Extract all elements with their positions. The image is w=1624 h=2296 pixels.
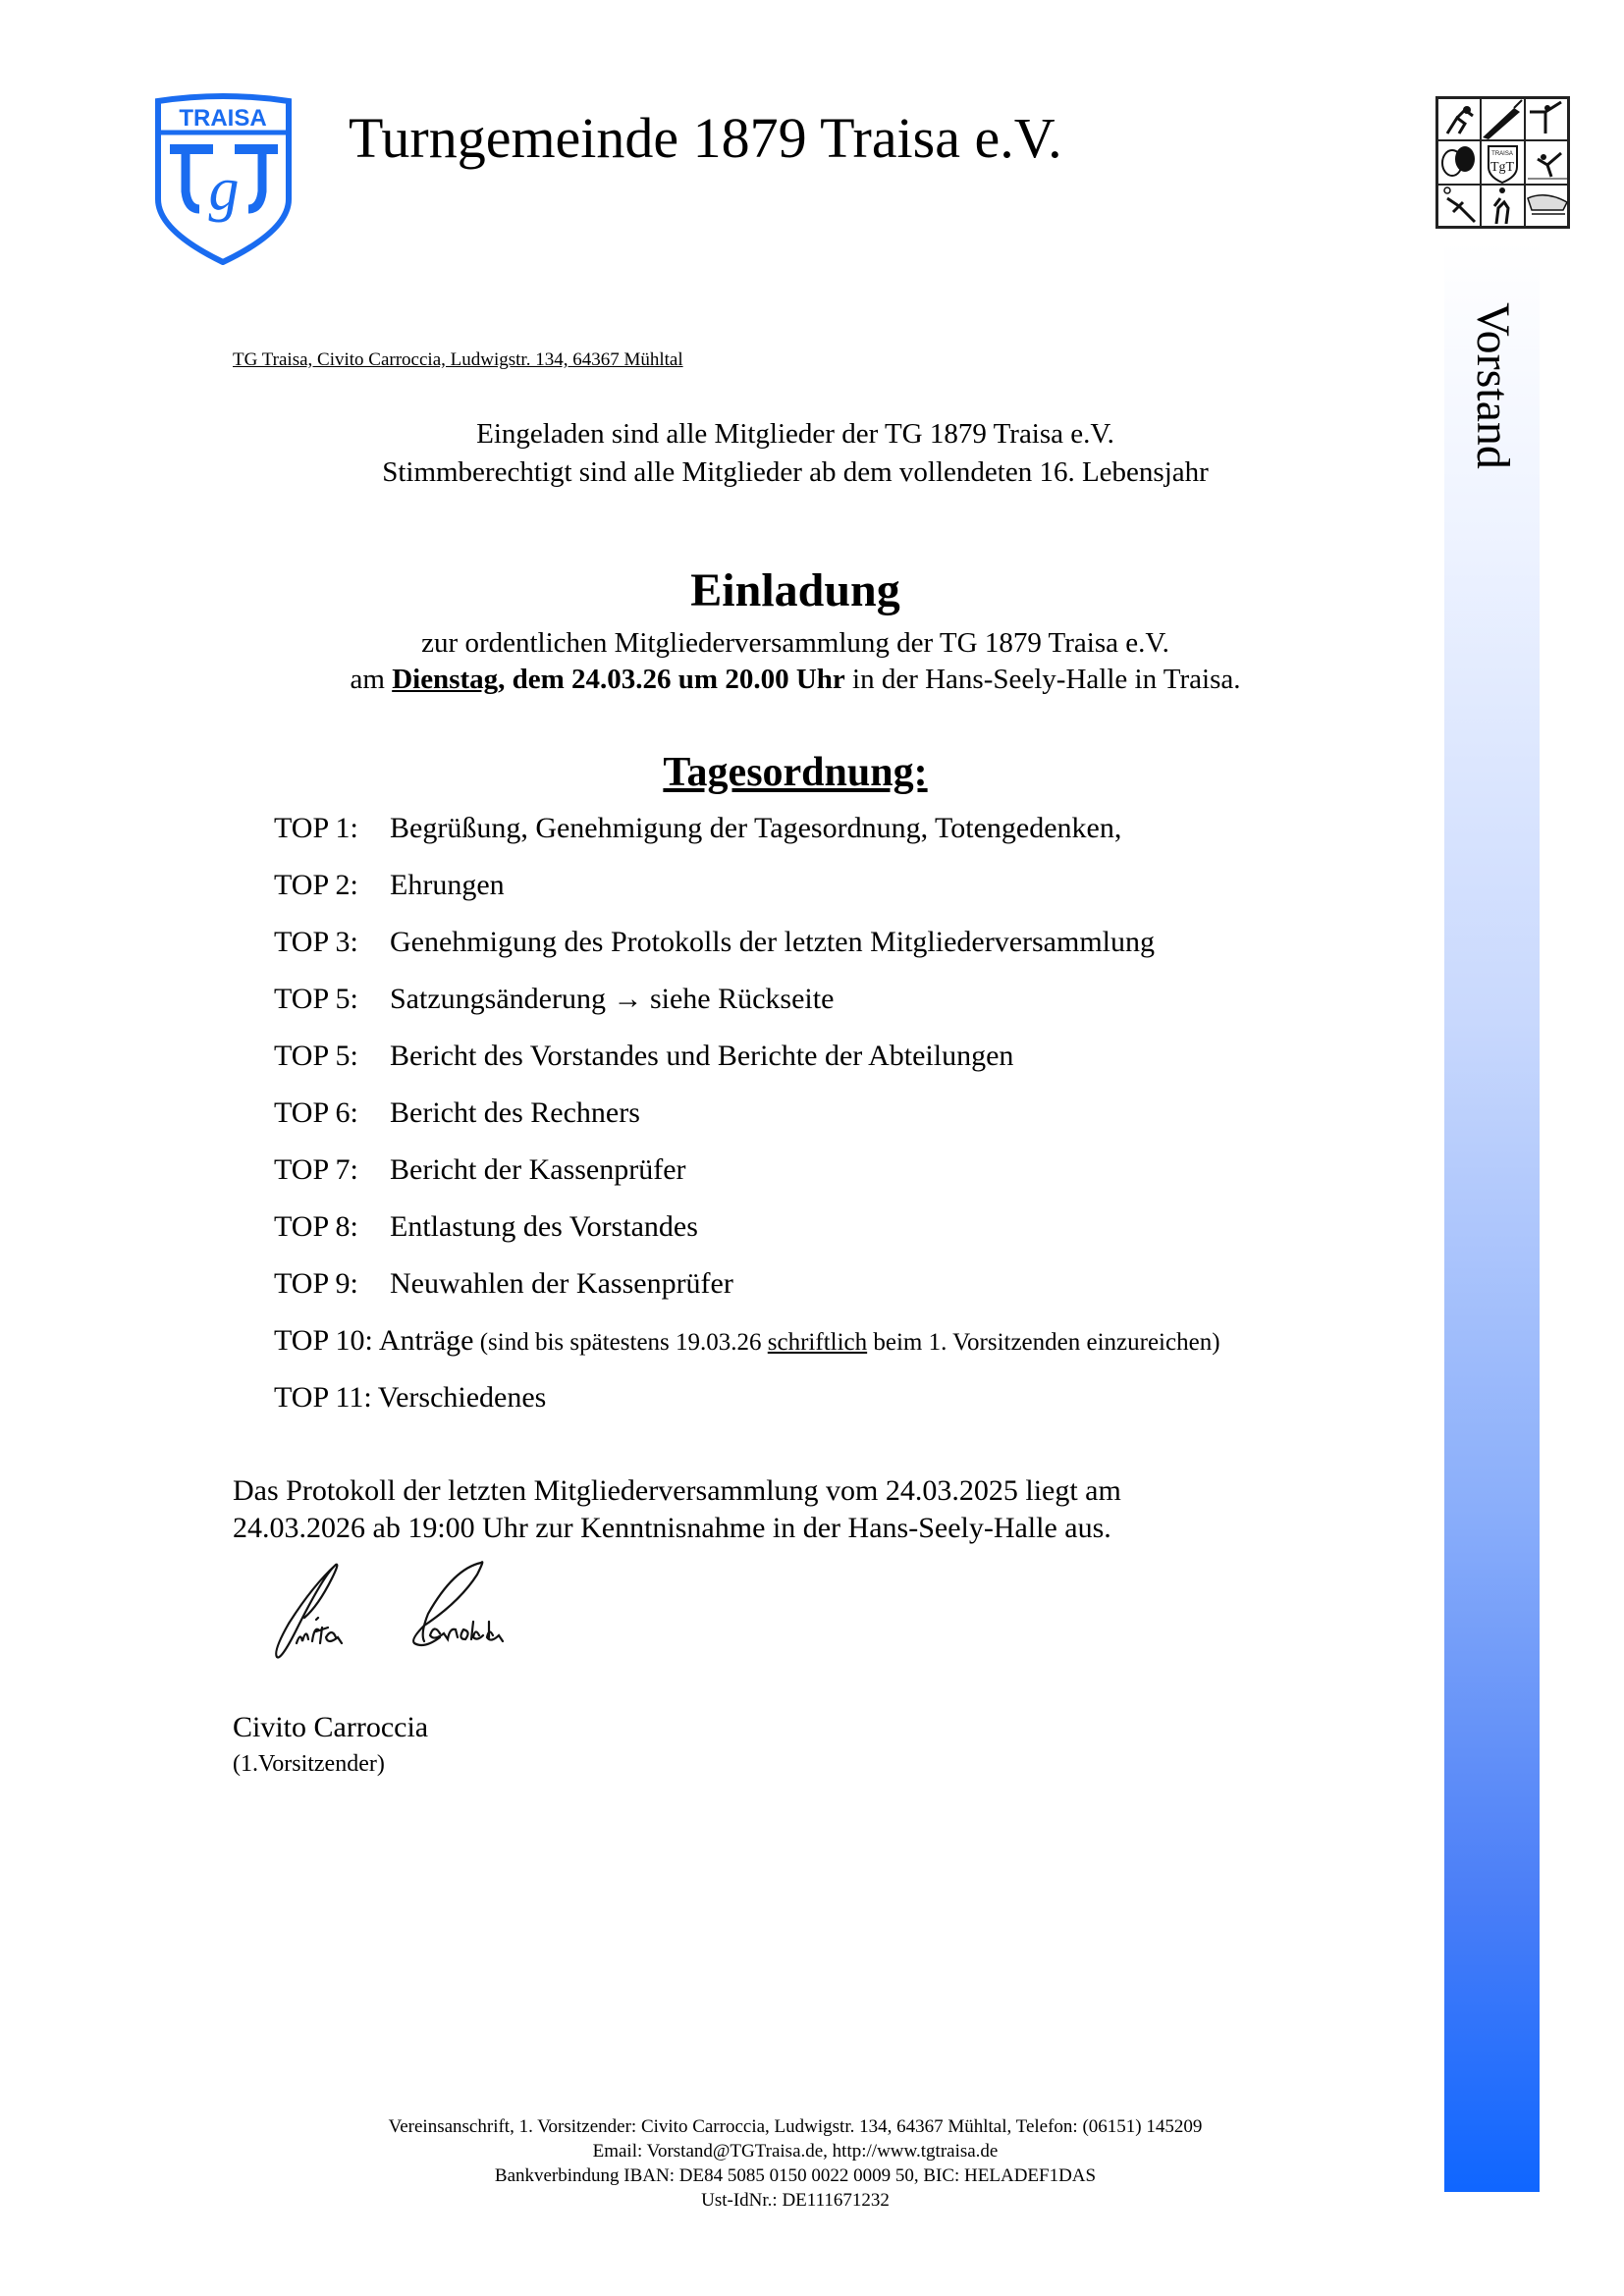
agenda-item: TOP 2:Ehrungen bbox=[274, 868, 505, 903]
note-emphasis: schriftlich bbox=[768, 1329, 867, 1356]
agenda-item: TOP 7:Bericht der Kassenprüfer bbox=[274, 1152, 686, 1188]
agenda-item-number: TOP 1: bbox=[274, 811, 390, 846]
agenda-item-text: Begrüßung, Genehmigung der Tagesordnung,… bbox=[390, 812, 1121, 844]
meeting-location: in der Hans-Seely-Halle in Traisa. bbox=[845, 664, 1241, 695]
protocol-note-line2: 24.03.2026 ab 19:00 Uhr zur Kenntnisnahm… bbox=[233, 1510, 1111, 1547]
agenda-item: TOP 10:Anträge (sind bis spätestens 19.0… bbox=[274, 1323, 1220, 1361]
agenda-item-text: Bericht der Kassenprüfer bbox=[390, 1153, 686, 1186]
agenda-title: Tagesordnung: bbox=[226, 752, 1365, 793]
note-text: (sind bis spätestens 19.03.26 bbox=[473, 1329, 767, 1356]
svg-text:TgT: TgT bbox=[1490, 160, 1515, 175]
sender-address-line: TG Traisa, Civito Carroccia, Ludwigstr. … bbox=[233, 349, 683, 371]
agenda-item-number: TOP 9: bbox=[274, 1266, 390, 1302]
organization-title: Turngemeinde 1879 Traisa e.V. bbox=[349, 110, 1062, 167]
department-label-text: Vorstand bbox=[1469, 302, 1516, 469]
agenda-item-text: Bericht des Vorstandes und Berichte der … bbox=[390, 1040, 1013, 1072]
footer-bank: Bankverbindung IBAN: DE84 5085 0150 0022… bbox=[226, 2163, 1365, 2188]
agenda-item-text: Anträge bbox=[379, 1324, 474, 1357]
agenda-item: TOP 1:Begrüßung, Genehmigung der Tagesor… bbox=[274, 811, 1121, 846]
agenda-item-number: TOP 3: bbox=[274, 925, 390, 960]
invitation-date-line: am Dienstag, dem 24.03.26 um 20.00 Uhr i… bbox=[226, 662, 1365, 697]
department-sidebar bbox=[1444, 240, 1540, 2192]
sport-departments-grid: TRAISA TgT bbox=[1435, 96, 1570, 229]
agenda-item: TOP 6:Bericht des Rechners bbox=[274, 1095, 640, 1131]
club-logo: TRAISA g bbox=[152, 93, 295, 265]
agenda-item-text: Neuwahlen der Kassenprüfer bbox=[390, 1267, 733, 1300]
agenda-item-number: TOP 5: bbox=[274, 982, 390, 1017]
agenda-item-number: TOP 10: bbox=[274, 1323, 373, 1359]
agenda-item-text: Genehmigung des Protokolls der letzten M… bbox=[390, 926, 1155, 958]
department-label: Vorstand bbox=[1444, 293, 1540, 479]
agenda-item: TOP 11:Verschiedenes bbox=[274, 1380, 546, 1415]
svg-text:TRAISA: TRAISA bbox=[1491, 151, 1513, 157]
invitation-subtitle: zur ordentlichen Mitgliederversammlung d… bbox=[226, 625, 1365, 661]
agenda-item-text: Verschiedenes bbox=[378, 1381, 547, 1414]
agenda-item-text: Bericht des Rechners bbox=[390, 1096, 640, 1129]
svg-text:g: g bbox=[209, 156, 240, 223]
signature-image bbox=[267, 1559, 552, 1669]
note-text: beim 1. Vorsitzenden einzureichen) bbox=[867, 1329, 1219, 1356]
agenda-item-number: TOP 8: bbox=[274, 1209, 390, 1245]
agenda-item: TOP 3:Genehmigung des Protokolls der let… bbox=[274, 925, 1155, 960]
svg-text:TRAISA: TRAISA bbox=[179, 105, 266, 132]
signer-role: (1.Vorsitzender) bbox=[233, 1749, 385, 1779]
footer-tax-id: Ust-IdNr.: DE111671232 bbox=[226, 2188, 1365, 2213]
protocol-note-line1: Das Protokoll der letzten Mitgliedervers… bbox=[233, 1472, 1121, 1510]
agenda-item: TOP 8:Entlastung des Vorstandes bbox=[274, 1209, 698, 1245]
intro-line-invited: Eingeladen sind alle Mitglieder der TG 1… bbox=[226, 415, 1365, 453]
agenda-item-note: (sind bis spätestens 19.03.26 schriftlic… bbox=[473, 1329, 1219, 1356]
agenda-item: TOP 5:Bericht des Vorstandes und Bericht… bbox=[274, 1039, 1013, 1074]
agenda-item-number: TOP 6: bbox=[274, 1095, 390, 1131]
signer-name: Civito Carroccia bbox=[233, 1710, 428, 1745]
agenda-item-number: TOP 11: bbox=[274, 1380, 372, 1415]
intro-line-voting-rights: Stimmberechtigt sind alle Mitglieder ab … bbox=[226, 454, 1365, 491]
footer-address: Vereinsanschrift, 1. Vorsitzender: Civit… bbox=[226, 2114, 1365, 2139]
agenda-item: TOP 5:Satzungsänderung → siehe Rückseite bbox=[274, 982, 834, 1017]
agenda-item-text: Satzungsänderung → siehe Rückseite bbox=[390, 983, 834, 1015]
agenda-item-text: Entlastung des Vorstandes bbox=[390, 1210, 698, 1243]
invitation-title: Einladung bbox=[226, 567, 1365, 614]
agenda-item-number: TOP 7: bbox=[274, 1152, 390, 1188]
agenda-item-number: TOP 2: bbox=[274, 868, 390, 903]
agenda-item-text: Ehrungen bbox=[390, 869, 505, 901]
agenda-item: TOP 9:Neuwahlen der Kassenprüfer bbox=[274, 1266, 733, 1302]
tg-emblem-icon: TRAISA TgT bbox=[1489, 146, 1517, 183]
footer-contact: Email: Vorstand@TGTraisa.de, http://www.… bbox=[226, 2139, 1365, 2163]
date-prefix: am bbox=[351, 664, 393, 695]
meeting-datetime: , dem 24.03.26 um 20.00 Uhr bbox=[498, 664, 845, 695]
agenda-item-number: TOP 5: bbox=[274, 1039, 390, 1074]
meeting-weekday: Dienstag bbox=[392, 664, 498, 695]
